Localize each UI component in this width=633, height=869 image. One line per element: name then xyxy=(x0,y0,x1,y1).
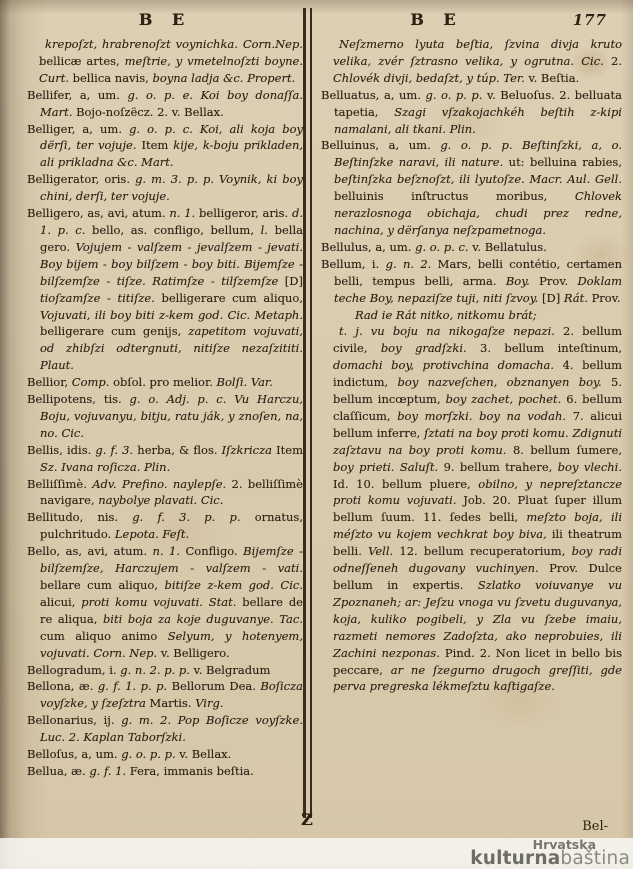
dictionary-entry: Bellona, æ. g. f. 1. p. p. Bellorum Dea.… xyxy=(27,678,303,712)
right-header-row: B E 177 xyxy=(321,10,622,32)
dictionary-page-scan: B E krepoſzt, hrabrenoſzt voynichka. Cor… xyxy=(0,0,633,869)
dictionary-entry: Bellua, æ. g. f. 1. Fera, immanis beſtia… xyxy=(27,763,303,780)
dictionary-entry: Bellis, idis. g. f. 3. herba, & flos. Iſ… xyxy=(27,442,303,476)
dictionary-entry: Rad ie Rát nitko, nitkomu brát; xyxy=(321,307,622,324)
dictionary-entry: Bello, as, avi, atum. n. 1. Confligo. Bi… xyxy=(27,543,303,661)
dictionary-entry: Belluinus, a, um. g. o. p. p. Beſtinſzki… xyxy=(321,137,622,238)
dictionary-entry: Bellogradum, i. g. n. 2. p. p. v. Belgra… xyxy=(27,662,303,679)
page-number: 177 xyxy=(573,11,607,29)
left-column: B E krepoſzt, hrabrenoſzt voynichka. Cor… xyxy=(27,10,303,818)
dictionary-entry: Belliger, a, um. g. o. p. c. Koi, ali ko… xyxy=(27,121,303,172)
dictionary-entry: Bellitudo, nis. g. f. 3. p. p. ornatus, … xyxy=(27,509,303,543)
dictionary-entry: Belloſus, a, um. g. o. p. p. v. Bellax. xyxy=(27,746,303,763)
dictionary-entry: t. j. vu boju na nikogaſze nepazi. 2. be… xyxy=(321,323,622,695)
dictionary-entry: Belligerator, oris. g. m. 3. p. p. Voyni… xyxy=(27,171,303,205)
watermark-band: Hrvatska kulturnabaština xyxy=(0,838,633,869)
watermark-line2-light: baština xyxy=(560,848,630,869)
dictionary-entry: Bellifer, a, um. g. o. p. e. Koi boy don… xyxy=(27,87,303,121)
dictionary-entry: Bellior, Comp. obſol. pro melior. Bolſi.… xyxy=(27,374,303,391)
dictionary-entry: Bellum, i. g. n. 2. Mars, belli contétio… xyxy=(321,256,622,307)
running-header-left: B E xyxy=(27,10,303,29)
dictionary-entry: krepoſzt, hrabrenoſzt voynichka. Corn.Ne… xyxy=(27,36,303,87)
dictionary-entry: Bellulus, a, um. g. o. p. c. v. Bellatul… xyxy=(321,239,622,256)
watermark-line2-bold: kulturna xyxy=(470,848,560,869)
column-divider-rule xyxy=(303,8,312,818)
dictionary-entry: Belluatus, a, um. g. o. p. p. v. Beluoſu… xyxy=(321,87,622,138)
right-column-body: Neſzmerno lyuta beſtia, ſzvina divja kru… xyxy=(321,36,622,695)
watermark: Hrvatska kulturnabaština xyxy=(470,839,630,868)
running-header-right: B E xyxy=(321,10,552,29)
watermark-line2: kulturnabaština xyxy=(470,850,630,869)
signature-mark: Z xyxy=(294,810,320,829)
dictionary-entry: Belliſſimè. Adv. Prefino. naylepſe. 2. b… xyxy=(27,476,303,510)
dictionary-entry: Bellipotens, tis. g. o. Adj. p. c. Vu Ha… xyxy=(27,391,303,442)
right-column: B E 177 Neſzmerno lyuta beſtia, ſzvina d… xyxy=(321,10,622,818)
dictionary-entry: Bellonarius, ij. g. m. 2. Pop Boſicze vo… xyxy=(27,712,303,746)
left-header-row: B E xyxy=(27,10,303,32)
dictionary-entry: Neſzmerno lyuta beſtia, ſzvina divja kru… xyxy=(321,36,622,87)
catchword: Bel- xyxy=(582,819,608,834)
dictionary-entry: Belligero, as, avi, atum. n. 1. belliger… xyxy=(27,205,303,374)
left-column-body: krepoſzt, hrabrenoſzt voynichka. Corn.Ne… xyxy=(27,36,303,780)
